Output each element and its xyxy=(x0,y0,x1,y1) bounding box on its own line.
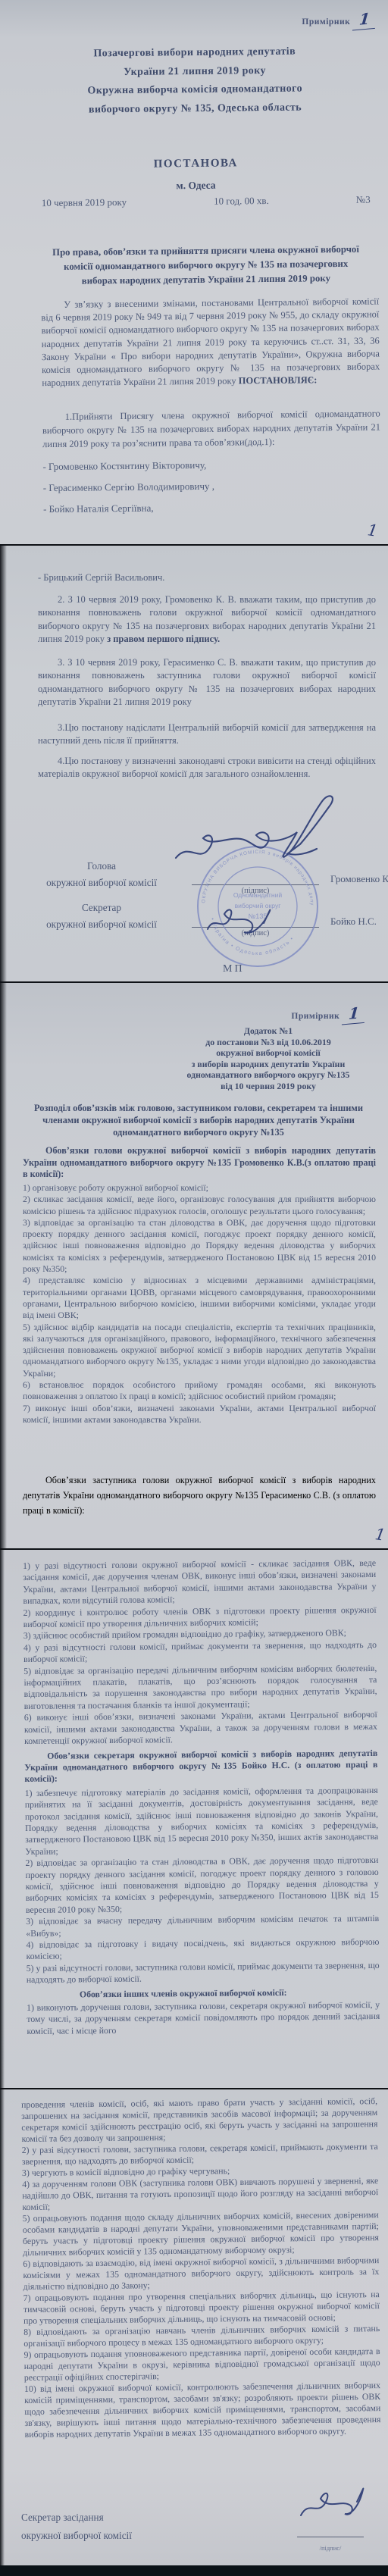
appendix-ref-line: окружної виборчої комісії xyxy=(155,1047,382,1059)
duty-item: 2) скликає засідання комісії, веде його,… xyxy=(23,1194,376,1217)
oath-names: - Громовенко Костянтину Вікторовичу, - Г… xyxy=(42,452,381,520)
duty-item: 2) відповідає за організацію та стан діл… xyxy=(25,1855,379,1916)
signer-role: окружної виборчої комісії xyxy=(18,916,185,933)
duty-item: 5) у разі відсутності голови, заступника… xyxy=(27,1960,380,1986)
page-edge-shadow xyxy=(0,1550,5,2088)
appendix-reference: Додаток №1 до постанови №3 від 10.06.201… xyxy=(155,1025,382,1092)
signature-roles: Голова окружної виборчої комісії Секрета… xyxy=(18,858,185,933)
decree-number: №3 xyxy=(356,194,371,206)
duty-item: 7) виконує інші обов’язки, визначені зак… xyxy=(23,1403,376,1426)
duty-item: 5) здійснює відбір кандидатів на посади … xyxy=(23,1322,376,1379)
page-4: 1) у разі відсутності голови окружної ви… xyxy=(0,1550,388,2088)
other-members-heading: Обов’язки інших членів окружної виборчої… xyxy=(27,1986,380,2001)
footer-signer-role: Секретар засідання окружної виборчої ком… xyxy=(21,2509,132,2545)
appendix-ref-line: Додаток №1 xyxy=(155,1025,382,1037)
signer-role: Секретар xyxy=(18,900,185,916)
signer-name: Бойко Н.С. xyxy=(330,916,377,928)
decree-title: Про права, обов’язки та прийняття присяг… xyxy=(45,243,367,289)
page-3: Примірник 1 Додаток №1 до постанови №3 в… xyxy=(0,983,388,1548)
decree-item-1: 1.Прийняти Присягу члена окружної виборч… xyxy=(42,406,381,451)
copy-line: Примірник 1 xyxy=(302,10,376,30)
duty-item: 1) організовує роботу окружної виборчої … xyxy=(23,1182,376,1194)
header-line: виборчого округу № 135, Одеська область xyxy=(1,98,388,121)
duty-item: 1) виконують доручення голови, заступник… xyxy=(27,1999,380,2037)
page-edge-shadow xyxy=(0,2089,5,2576)
decree-date: 10 червня 2019 року xyxy=(42,196,127,209)
duties-body-continued: проведення членів комісії, осіб, які маю… xyxy=(21,2096,381,2440)
copy-label: Примірник xyxy=(302,17,350,27)
signature-caption: /підпис/ xyxy=(300,2544,361,2552)
appendix-ref-line: від 10 червня 2019 року xyxy=(155,1081,382,1092)
decree-item-2: 2. З 10 червня 2019 року, Громовенко К. … xyxy=(38,593,376,646)
signer-role: окружної виборчої комісії xyxy=(18,875,185,891)
decree-time: 10 год. 00 хв. xyxy=(214,195,269,208)
decree-item-3b: 3.Цю постанову надіслати Центральній виб… xyxy=(38,721,376,748)
signature-line xyxy=(297,2537,364,2537)
decree-city: м. Одеса xyxy=(2,177,388,193)
date-row: 10 червня 2019 року 10 год. 00 хв. №3 xyxy=(42,194,371,210)
duty-item: 5) опрацьовують подання щодо складу діль… xyxy=(23,2209,380,2258)
deputy-duties-heading: Обов’язки заступника голови окружної виб… xyxy=(23,1473,376,1518)
duty-item: 4) за дорученням голови ОВК (заступника … xyxy=(22,2175,378,2213)
duties-body: 1) у разі відсутності голови окружної ви… xyxy=(23,1557,380,2037)
scanned-decree-photo: Примірник 1 Позачергові вибори народних … xyxy=(0,0,388,2576)
item2-bold-text: з правом першого підпису. xyxy=(107,634,220,644)
appendix-ref-line: одномандатного виборчого округу №135 xyxy=(155,1069,382,1081)
signature-image-head xyxy=(168,773,346,887)
duty-item: 1) забезпечує підготовку матеріалів до з… xyxy=(25,1785,379,1858)
decree-item-3: 3. З 10 червня 2019 року, Герасименко С.… xyxy=(38,656,376,709)
secretary-duties-heading: Обов’язки секретаря окружної виборчої ко… xyxy=(24,1747,377,1785)
page-edge-shadow xyxy=(0,546,7,981)
page-1: Примірник 1 Позачергові вибори народних … xyxy=(0,0,388,544)
duty-item: 4) відповідає за підготовку і видачу пос… xyxy=(26,1936,379,1963)
copy-number-handwritten: 1 xyxy=(341,1003,366,1025)
duty-item: 10) від імені окружної виборчої комісії,… xyxy=(24,2380,381,2440)
decree-intro: У зв’язку з внесеними змінами, постанова… xyxy=(41,295,380,390)
signer-role: Голова xyxy=(18,858,185,875)
copy-label: Примірник xyxy=(291,1012,339,1021)
appendix-heading: Розподіл обов’язків між головою, заступн… xyxy=(30,1103,367,1138)
page-number-handwritten: 1 xyxy=(366,521,379,540)
copy-number-handwritten: 1 xyxy=(352,9,377,31)
duty-item: 3) відповідає за організацію та стан діл… xyxy=(23,1217,376,1275)
duty-item: 2) координує і контролює роботу членів О… xyxy=(23,1604,377,1631)
copy-line: Примірник 1 xyxy=(291,1004,365,1024)
duty-item: 8) відповідають за організацію навчань ч… xyxy=(23,2323,380,2349)
page-2: - Брицький Сергій Васильович. 2. З 10 че… xyxy=(0,546,388,981)
duty-item: 6) виконує інші обов’язки, визначені зак… xyxy=(24,1709,377,1747)
duty-item: 5) відповідає за організацію передачі ді… xyxy=(23,1663,377,1713)
chief-duties-intro: Обов’язки голови окружної виборчої коміс… xyxy=(23,1145,376,1181)
resolve-word: ПОСТАНОВЛЯЄ: xyxy=(239,375,318,387)
chief-duties-list: 1) організовує роботу окружної виборчої … xyxy=(23,1182,376,1426)
duty-item: проведення членів комісії, осіб, які маю… xyxy=(21,2096,378,2145)
duty-item: 4) представляє комісію у відносинах з мі… xyxy=(23,1275,376,1321)
footer-role-line: Секретар засідання xyxy=(21,2509,132,2527)
oath-name: - Бойко Наталія Сергіївна, xyxy=(43,495,381,520)
page-5: проведення членів комісії, осіб, які маю… xyxy=(0,2089,388,2576)
page-edge-shadow xyxy=(0,983,7,1548)
duty-item: 6) відповідають за взаємодію, від імені … xyxy=(23,2255,379,2293)
footer-role-line: окружної виборчої комісії xyxy=(21,2527,132,2545)
signature-image-footer xyxy=(292,2481,368,2527)
page-number-handwritten: 1 xyxy=(374,1525,386,1545)
decree-body-continued: - Брицький Сергій Васильович. 2. З 10 че… xyxy=(38,571,376,781)
oath-name: - Брицький Сергій Васильович. xyxy=(38,571,376,585)
duty-item: 3) відповідає за вчасну передачу дільнич… xyxy=(26,1913,379,1939)
photo-background-edge xyxy=(0,2565,388,2576)
duty-item: 6) встановлює порядок особистого прийому… xyxy=(23,1379,376,1403)
appendix-ref-line: до постанови №3 від 10.06.2019 xyxy=(155,1037,382,1048)
duty-item: 7) опрацьовують подання про утворення сп… xyxy=(23,2289,380,2327)
document-header: Позачергові вибори народних депутатів Ук… xyxy=(1,42,388,120)
appendix-ref-line: з виборів народних депутатів України xyxy=(155,1059,382,1070)
intro-text: У зв’язку з внесеними змінами, постанова… xyxy=(41,296,380,388)
duty-item: 4) у разі відсутності голови комісії, пр… xyxy=(23,1639,377,1666)
signature-image-secretary xyxy=(202,899,277,943)
duty-item: 9) опрацьовують подання уповноваженого п… xyxy=(23,2346,380,2384)
duty-item: 1) у разі відсутності голови окружної ви… xyxy=(23,1557,377,1607)
stamp-center-line: Одномандатний xyxy=(233,891,283,899)
doc-type: ПОСТАНОВА xyxy=(2,155,388,172)
duty-item: 2) у разі відсутності голови, заступника… xyxy=(22,2141,378,2168)
